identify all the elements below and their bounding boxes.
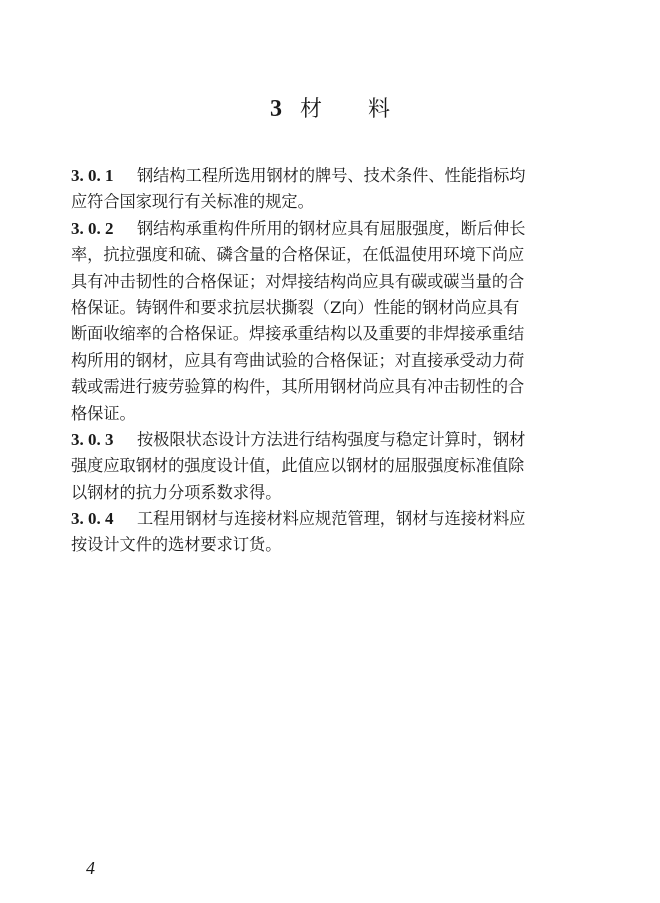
chapter-title: 3材料 [0, 92, 660, 123]
page-number: 4 [86, 858, 95, 879]
clause-number: 3. 0. 2 [71, 216, 137, 242]
chapter-body: 3. 0. 1钢结构工程所选用钢材的牌号、技术条件、性能指标均 应符合国家现行有… [71, 163, 591, 559]
clause-text-line: 应符合国家现行有关标准的规定。 [71, 189, 591, 215]
clause-text-line: 载或需进行疲劳验算的构件，其所用钢材尚应具有冲击韧性的合 [71, 374, 591, 400]
clause-text-line: 按设计文件的选材要求订货。 [71, 532, 591, 558]
chapter-number: 3 [270, 96, 282, 122]
clause-number: 3. 0. 1 [71, 163, 137, 189]
clause-text: 钢结构工程所选用钢材的牌号、技术条件、性能指标均 [137, 166, 526, 185]
clause-number: 3. 0. 4 [71, 506, 137, 532]
clause-number: 3. 0. 3 [71, 427, 137, 453]
clause-3-0-3-line-1: 3. 0. 3按极限状态设计方法进行结构强度与稳定计算时，钢材 [71, 427, 591, 453]
clause-3-0-4-line-1: 3. 0. 4工程用钢材与连接材料应规范管理，钢材与连接材料应 [71, 506, 591, 532]
clause-text-line: 断面收缩率的合格保证。焊接承重结构以及重要的非焊接承重结 [71, 321, 591, 347]
clause-text-line: 强度应取钢材的强度设计值，此值应以钢材的屈服强度标准值除 [71, 453, 591, 479]
clause-text-line: 构所用的钢材，应具有弯曲试验的合格保证；对直接承受动力荷 [71, 348, 591, 374]
clause-text-line: 格保证。 [71, 401, 591, 427]
clause-text-line: 格保证。铸钢件和要求抗层状撕裂（Z向）性能的钢材尚应具有 [71, 295, 591, 321]
clause-text-line: 具有冲击韧性的合格保证；对焊接结构尚应具有碳或碳当量的合 [71, 269, 591, 295]
clause-3-0-2-line-1: 3. 0. 2钢结构承重构件所用的钢材应具有屈服强度，断后伸长 [71, 216, 591, 242]
clause-text: 钢结构承重构件所用的钢材应具有屈服强度，断后伸长 [137, 219, 526, 238]
clause-text: 按极限状态设计方法进行结构强度与稳定计算时，钢材 [137, 430, 526, 449]
clause-text-line: 率，抗拉强度和硫、磷含量的合格保证，在低温使用环境下尚应 [71, 242, 591, 268]
chapter-title-char: 材 [300, 97, 322, 122]
clause-text-line: 以钢材的抗力分项系数求得。 [71, 480, 591, 506]
clause-3-0-1-line-1: 3. 0. 1钢结构工程所选用钢材的牌号、技术条件、性能指标均 [71, 163, 591, 189]
clause-text: 工程用钢材与连接材料应规范管理，钢材与连接材料应 [137, 509, 526, 528]
chapter-title-char: 料 [368, 97, 390, 122]
